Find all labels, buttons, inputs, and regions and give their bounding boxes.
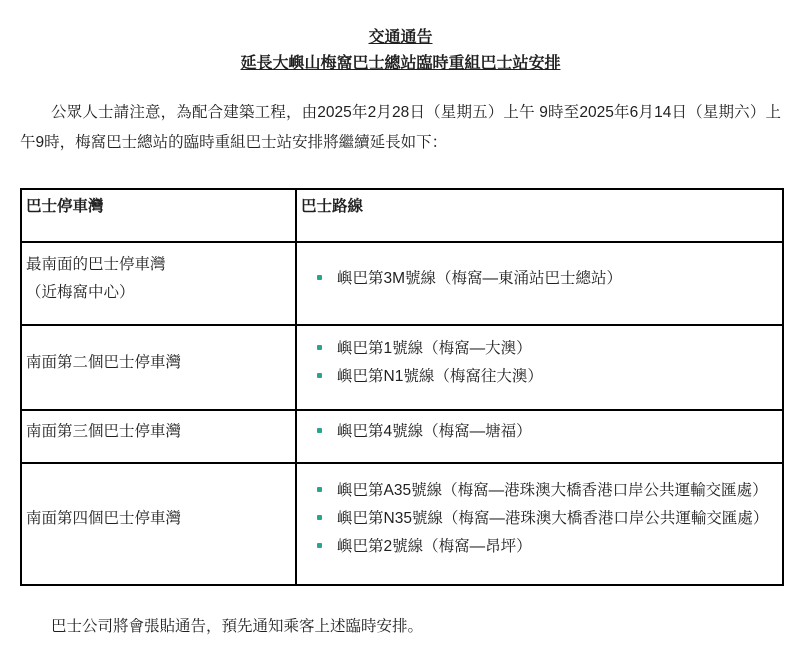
notice-title: 交通通告 xyxy=(20,26,781,50)
bullet-icon xyxy=(317,428,322,433)
notice-document: 交通通告 延長大嶼山梅窩巴士總站臨時重組巴士站安排 公眾人士請注意，為配合建築工… xyxy=(0,0,799,652)
table-row: 最南面的巴士停車灣（近梅窩中心） 嶼巴第3M號線（梅窩—東涌站巴士總站） xyxy=(21,242,783,325)
route-label: 嶼巴第4號線（梅窩—塘福） xyxy=(337,423,532,440)
bay-line: 南面第三個巴士停車灣 xyxy=(26,418,289,446)
closing-paragraph: 巴士公司將會張貼通告，預先通知乘客上述臨時安排。 xyxy=(20,612,781,642)
route-label: 嶼巴第1號線（梅窩—大澳） xyxy=(337,340,532,357)
routes-cell: 嶼巴第A35號線（梅窩—港珠澳大橋香港口岸公共運輸交匯處）嶼巴第N35號線（梅窩… xyxy=(296,463,783,585)
bay-line: 南面第四個巴士停車灣 xyxy=(26,505,289,533)
bay-cell: 南面第二個巴士停車灣 xyxy=(21,325,296,410)
table-row: 南面第三個巴士停車灣 嶼巴第4號線（梅窩—塘福） xyxy=(21,410,783,463)
column-header-routes: 巴士路線 xyxy=(296,189,783,242)
column-header-bay: 巴士停車灣 xyxy=(21,189,296,242)
route-label: 嶼巴第3M號線（梅窩—東涌站巴士總站） xyxy=(337,270,622,287)
notice-subtitle: 延長大嶼山梅窩巴士總站臨時重組巴士站安排 xyxy=(20,52,781,76)
route-label: 嶼巴第N1號線（梅窩往大澳） xyxy=(337,368,543,385)
route-list: 嶼巴第1號線（梅窩—大澳）嶼巴第N1號線（梅窩往大澳） xyxy=(301,335,776,391)
route-item: 嶼巴第A35號線（梅窩—港珠澳大橋香港口岸公共運輸交匯處） xyxy=(317,477,776,505)
table-row: 南面第四個巴士停車灣 嶼巴第A35號線（梅窩—港珠澳大橋香港口岸公共運輸交匯處）… xyxy=(21,463,783,585)
route-item: 嶼巴第1號線（梅窩—大澳） xyxy=(317,335,776,363)
routes-cell: 嶼巴第3M號線（梅窩—東涌站巴士總站） xyxy=(296,242,783,325)
header-row: 巴士停車灣 巴士路線 xyxy=(21,189,783,242)
bus-bay-table: 巴士停車灣 巴士路線 最南面的巴士停車灣（近梅窩中心） 嶼巴第3M號線（梅窩—東… xyxy=(20,188,784,586)
route-item: 嶼巴第3M號線（梅窩—東涌站巴士總站） xyxy=(317,265,776,293)
routes-cell: 嶼巴第4號線（梅窩—塘福） xyxy=(296,410,783,463)
route-list: 嶼巴第3M號線（梅窩—東涌站巴士總站） xyxy=(301,265,776,293)
bay-cell: 南面第四個巴士停車灣 xyxy=(21,463,296,585)
route-item: 嶼巴第2號線（梅窩—昂坪） xyxy=(317,533,776,561)
bay-cell: 最南面的巴士停車灣（近梅窩中心） xyxy=(21,242,296,325)
route-label: 嶼巴第A35號線（梅窩—港珠澳大橋香港口岸公共運輸交匯處） xyxy=(337,482,768,499)
table-body: 最南面的巴士停車灣（近梅窩中心） 嶼巴第3M號線（梅窩—東涌站巴士總站） 南面第… xyxy=(21,242,783,585)
route-item: 嶼巴第N35號線（梅窩—港珠澳大橋香港口岸公共運輸交匯處） xyxy=(317,505,776,533)
routes-cell: 嶼巴第1號線（梅窩—大澳）嶼巴第N1號線（梅窩往大澳） xyxy=(296,325,783,410)
bay-cell: 南面第三個巴士停車灣 xyxy=(21,410,296,463)
bay-line: 南面第二個巴士停車灣 xyxy=(26,349,289,377)
bullet-icon xyxy=(317,373,322,378)
bullet-icon xyxy=(317,515,322,520)
bullet-icon xyxy=(317,345,322,350)
bullet-icon xyxy=(317,543,322,548)
route-label: 嶼巴第2號線（梅窩—昂坪） xyxy=(337,538,532,555)
table-header: 巴士停車灣 巴士路線 xyxy=(21,189,783,242)
route-list: 嶼巴第4號線（梅窩—塘福） xyxy=(301,418,776,446)
route-item: 嶼巴第4號線（梅窩—塘福） xyxy=(317,418,776,446)
route-list: 嶼巴第A35號線（梅窩—港珠澳大橋香港口岸公共運輸交匯處）嶼巴第N35號線（梅窩… xyxy=(301,477,776,561)
route-item: 嶼巴第N1號線（梅窩往大澳） xyxy=(317,363,776,391)
table-row: 南面第二個巴士停車灣 嶼巴第1號線（梅窩—大澳）嶼巴第N1號線（梅窩往大澳） xyxy=(21,325,783,410)
bullet-icon xyxy=(317,487,322,492)
intro-paragraph: 公眾人士請注意，為配合建築工程，由2025年2月28日（星期五）上午 9時至20… xyxy=(20,98,781,158)
bay-line: 最南面的巴士停車灣 xyxy=(26,251,289,279)
bullet-icon xyxy=(317,275,322,280)
route-label: 嶼巴第N35號線（梅窩—港珠澳大橋香港口岸公共運輸交匯處） xyxy=(337,510,768,527)
bay-line: （近梅窩中心） xyxy=(26,279,289,307)
